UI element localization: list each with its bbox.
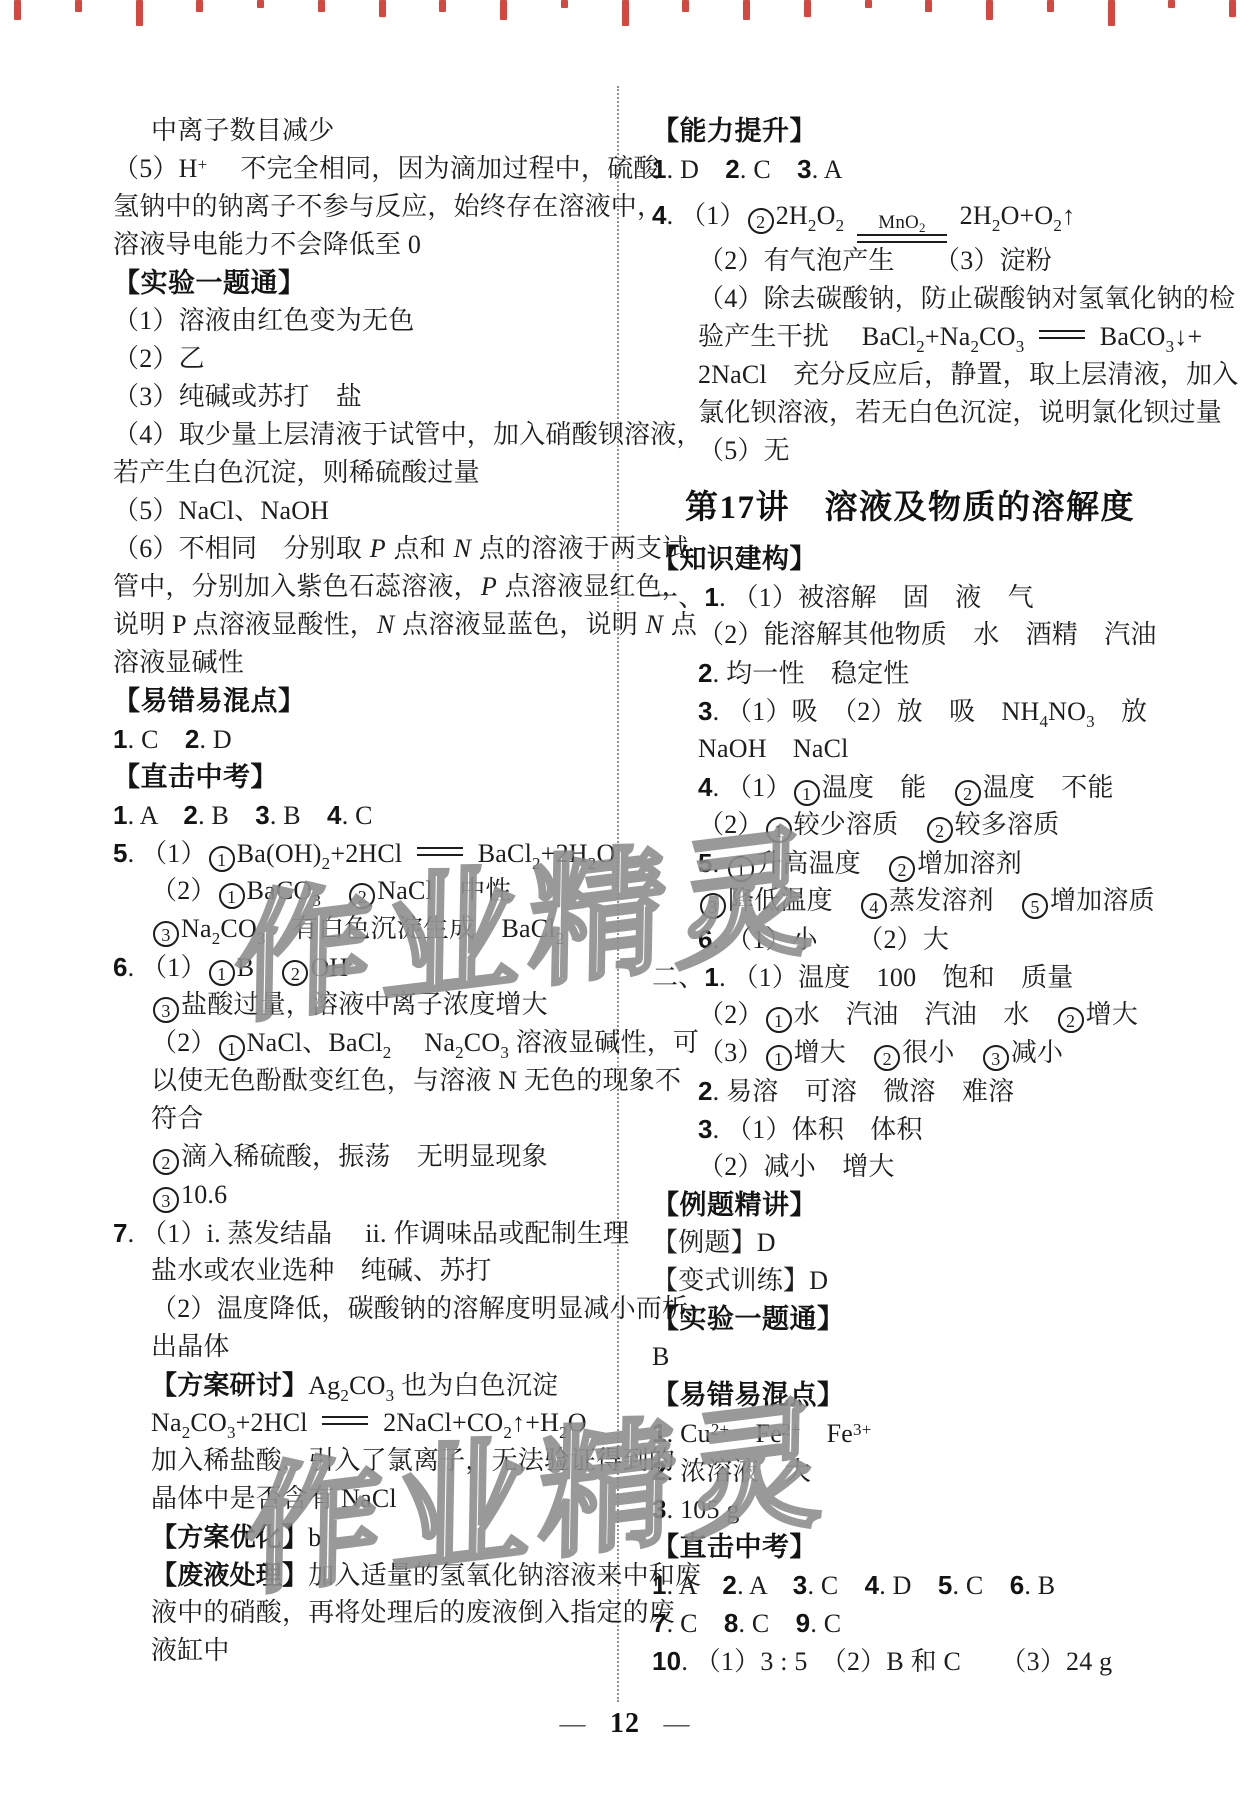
answer-line: 1. D 2. C 3. A [652,150,1168,188]
red-tick [318,0,325,12]
answer-line: （2）有气泡产生 （3）淀粉 [652,242,1168,280]
answer-line: 4. （1）1温度 能 2温度 不能 [652,768,1168,806]
red-tick [743,0,750,20]
answer-line: 【例题】D [652,1224,1168,1262]
answer-line: 出晶体 [113,1328,613,1366]
answer-line: 3. （1）体积 体积 [652,1110,1168,1148]
answer-line: （2）1NaCl、BaCl2 Na2CO3 溶液显碱性，可 [113,1024,613,1062]
answer-line: （3）纯碱或苏打 盐 [113,378,613,416]
answer-line: 液缸中 [113,1632,613,1670]
answer-line: （2）1BaCO3 2NaCl 中性 [113,872,613,910]
answer-line: 310.6 [113,1176,613,1214]
answer-line: 晶体中是否含有 NaCl [113,1480,613,1518]
answer-line: 液中的硝酸，再将处理后的废液倒入指定的废 [113,1594,613,1632]
answer-line: 验产生干扰 BaCl2+Na2CO3 BaCO3↓+ [652,318,1168,356]
answer-line: 2NaCl 充分反应后，静置，取上层清液，加入 [652,356,1168,394]
answer-line: 符合 [113,1100,613,1138]
answer-line: （2）温度降低，碳酸钠的溶解度明显减小而析 [113,1290,613,1328]
answer-line: （2）乙 [113,340,613,378]
answer-line: （2）减小 增大 [652,1148,1168,1186]
answer-line: 1. C 2. D [113,720,613,758]
answer-line: 10. （1）3 : 5 （2）B 和 C （3）24 g [652,1642,1168,1680]
reaction-condition-equals: MnO2 [857,212,947,243]
answer-line: 二、1. （1）温度 100 饱和 质量 [652,958,1168,996]
page-number: 12 [610,1708,640,1739]
answer-line: 3降低温度 4蒸发溶剂 5增加溶质 [652,882,1168,920]
answer-line: 3. 105 g [652,1490,1168,1528]
answer-line: 盐水或农业选种 纯碱、苏打 [113,1252,613,1290]
answer-line: （2）1较少溶质 2较多溶质 [652,806,1168,844]
red-tick [986,0,993,20]
red-tick [500,0,507,20]
answer-line: 3. （1）吸 （2）放 吸 NH4NO3 放 [652,692,1168,730]
answer-line: 【方案研讨】Ag2CO3 也为白色沉淀 [113,1366,613,1404]
answer-line: （5）无 [652,432,1168,470]
answer-line: 【方案优化】b [113,1518,613,1556]
footer-right-dash: — [664,1709,691,1738]
footer-left-dash: — [560,1709,587,1738]
answer-line: 以使无色酚酞变红色，与溶液 N 无色的现象不 [113,1062,613,1100]
long-equals-sign [322,1416,368,1425]
answer-line: 1. Cu2+ Fe2+ Fe3+ [652,1414,1168,1452]
answer-line: 3盐酸过量，溶液中离子浓度增大 [113,986,613,1024]
answer-line: 说明 P 点溶液显酸性，N 点溶液显蓝色，说明 N 点 [113,606,613,644]
answer-line: （4）除去碳酸钠，防止碳酸钠对氢氧化钠的检 [652,280,1168,318]
answer-line: 【废液处理】加入适量的氢氧化钠溶液来中和废 [113,1556,613,1594]
answer-line: 2滴入稀硫酸，振荡 无明显现象 [113,1138,613,1176]
answer-line: 2. 均一性 稳定性 [652,654,1168,692]
section-header: 【直击中考】 [652,1528,1168,1566]
answer-line: （2）能溶解其他物质 水 酒精 汽油 [652,616,1168,654]
answer-line: （5）NaCl、NaOH [113,492,613,530]
red-tick [1229,0,1236,17]
answer-line: （5）H+ 不完全相同，因为滴加过程中，硫酸 [113,150,613,188]
section-header: 【例题精讲】 [652,1186,1168,1224]
red-tick [14,0,21,20]
red-tick [622,0,629,26]
lecture-title: 第17讲 溶液及物质的溶解度 [652,482,1168,534]
answer-line: 5. 1升高温度 2增加溶剂 [652,844,1168,882]
answer-line: 管中，分别加入紫色石蕊溶液，P 点溶液显红色， [113,568,613,606]
red-tick [257,0,264,8]
answer-line: 1. A 2. B 3. B 4. C [113,796,613,834]
section-header: 【实验一题通】 [113,264,613,302]
red-tick [561,0,568,8]
left-column: 中离子数目减少（5）H+ 不完全相同，因为滴加过程中，硫酸氢钠中的钠离子不参与反… [113,112,613,1670]
page-footer: — 12 — [0,1708,1250,1740]
red-tick [196,0,203,12]
red-tick [75,0,82,12]
long-equals-sign [1039,330,1085,339]
answer-line: 溶液导电能力不会降低至 0 [113,226,613,264]
answer-line: 氯化钡溶液，若无白色沉淀，说明氯化钡过量 [652,394,1168,432]
answer-line: （2）1水 汽油 汽油 水 2增大 [652,996,1168,1034]
red-tick [1047,0,1054,12]
answer-line: 7. C 8. C 9. C [652,1604,1168,1642]
answer-line: 5. （1）1Ba(OH)2+2HCl BaCl2+2H2O [113,834,613,872]
answer-line: 若产生白色沉淀，则稀硫酸过量 [113,454,613,492]
answer-line: （6）不相同 分别取 P 点和 N 点的溶液于两支试 [113,530,613,568]
red-tick [1108,0,1115,26]
answer-line: 3Na2CO3 有白色沉淀生成 BaCl2 [113,910,613,948]
section-header: 【易错易混点】 [652,1376,1168,1414]
answer-line: （3）1增大 2很小 3减小 [652,1034,1168,1072]
answer-line: 一、1. （1）被溶解 固 液 气 [652,578,1168,616]
answer-line: 2. 浓溶液 大 [652,1452,1168,1490]
long-equals-sign [417,847,463,856]
red-tick [439,0,446,12]
answer-line: B [652,1338,1168,1376]
red-tick [136,0,143,26]
section-header: 【易错易混点】 [113,682,613,720]
answer-line: （1）溶液由红色变为无色 [113,302,613,340]
answer-line: 4. （1）22H2O2 MnO2 2H2O+O2↑ [652,188,1168,242]
answer-line: 7. （1）i. 蒸发结晶 ii. 作调味品或配制生理 [113,1214,613,1252]
answer-line: 加入稀盐酸，引入了氯离子，无法验证得到的 [113,1442,613,1480]
right-column: 【能力提升】1. D 2. C 3. A4. （1）22H2O2 MnO2 2H… [652,112,1168,1680]
workbook-answer-page: 中离子数目减少（5）H+ 不完全相同，因为滴加过程中，硫酸氢钠中的钠离子不参与反… [0,0,1250,1804]
section-header: 【直击中考】 [113,758,613,796]
answer-line: 6. （1）1B 2OH- [113,948,613,986]
red-tick [925,0,932,12]
answer-line: 【变式训练】D [652,1262,1168,1300]
red-tick [804,0,811,17]
answer-line: 1. A 2. A 3. C 4. D 5. C 6. B [652,1566,1168,1604]
answer-line: （4）取少量上层清液于试管中，加入硝酸钡溶液， [113,416,613,454]
red-tick [379,0,386,17]
answer-line: 中离子数目减少 [113,112,613,150]
answer-line: 2. 易溶 可溶 微溶 难溶 [652,1072,1168,1110]
answer-line: 6. （1）小 （2）大 [652,920,1168,958]
red-tick [1168,0,1175,8]
answer-line: NaOH NaCl [652,730,1168,768]
answer-line: Na2CO3+2HCl 2NaCl+CO2↑+H2O [113,1404,613,1442]
red-tick-marks [14,0,1236,30]
answer-line: 溶液显碱性 [113,644,613,682]
section-header: 【知识建构】 [652,540,1168,578]
section-header: 【能力提升】 [652,112,1168,150]
red-tick [865,0,872,8]
section-header: 【实验一题通】 [652,1300,1168,1338]
red-tick [682,0,689,12]
answer-line: 氢钠中的钠离子不参与反应，始终存在溶液中， [113,188,613,226]
